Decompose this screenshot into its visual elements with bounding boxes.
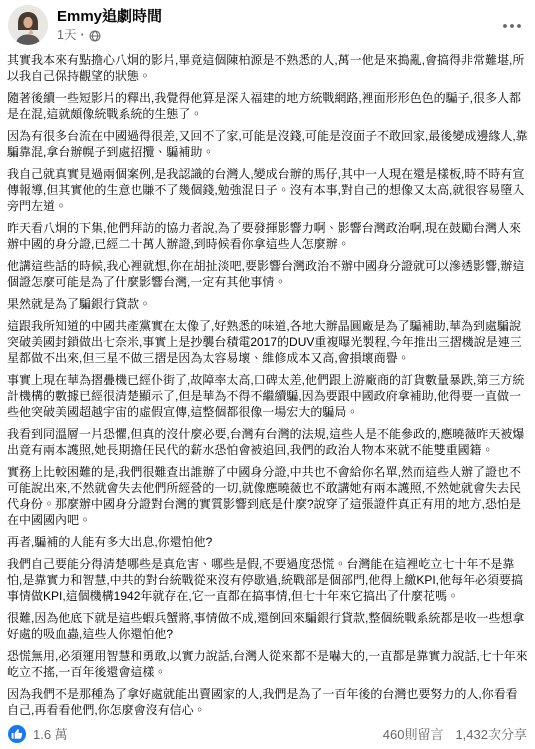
post-paragraph: 我們自己要能分得清楚哪些是真危害、哪些是假,不要過度恐慌。台灣能在這裡屹立七十年…: [7, 556, 528, 604]
post-paragraph: 因為有很多台流在中國過得很差,又回不了家,可能是沒錢,可能是沒面子不敢回家,最後…: [7, 128, 528, 160]
post-paragraph: 果然就是為了騙銀行貸款。: [7, 296, 528, 312]
avatar[interactable]: [8, 5, 48, 45]
timestamp[interactable]: 1天: [57, 28, 76, 43]
header-text: Emmy追劇時間 1天 ·: [57, 5, 497, 43]
post-paragraph: 這跟我所知道的中國共產黨實在太像了,好熟悉的味道,各地大辦晶圓廠是為了騙補助,華…: [7, 318, 528, 366]
post-paragraph: 實務上比較困難的是,我們很難查出誰辦了中國身分證,中共也不會給你名單,然而這些人…: [7, 464, 528, 528]
globe-icon: [89, 30, 101, 42]
profile-photo-icon: [8, 5, 48, 45]
page-name[interactable]: Emmy追劇時間: [57, 7, 497, 26]
shares-count[interactable]: 1,432次分享: [455, 724, 527, 743]
post-paragraph: 恐慌無用,必須運用智慧和勇敢,以實力說話,台灣人從來都不是嚇大的,一直都是靠實力…: [7, 648, 528, 680]
post-paragraph: 很難,因為他底下就是這些蝦兵蟹將,事情做不成,還倒回來騙銀行貸款,整個統戰系統都…: [7, 610, 528, 642]
right-counts: 460則留言 1,432次分享: [383, 724, 527, 743]
ellipsis-icon: [502, 23, 522, 29]
post-paragraph: 昨天看八炯的下集,他們拜訪的協力者說,為了要發揮影響力啊、影響台灣政治啊,現在鼓…: [7, 220, 528, 252]
post-paragraph: 隨著後續一些短影片的釋出,我覺得他算是深入福建的地方統戰網路,裡面形形色色的騙子…: [7, 90, 528, 122]
post-meta: 1天 ·: [57, 28, 497, 43]
post-paragraph: 事實上現在華為摺疊機已經仆街了,故障率太高,口碑太差,他們跟上游廠商的訂貨數量暴…: [7, 372, 528, 420]
post-paragraph: 他講這些話的時候,我心裡就想,你在胡扯淡吧,要影響台灣政治不辦中國身分證就可以滲…: [7, 258, 528, 290]
post-header: Emmy追劇時間 1天 ·: [0, 0, 535, 45]
engagement-bar: 1.6 萬 460則留言 1,432次分享: [0, 719, 535, 749]
post-paragraph: 我看到同溫層一片恐懼,但真的沒什麼必要,台灣有台灣的法規,這些人是不能參政的,應…: [7, 426, 528, 458]
post-paragraph: 再者,騙補的人能有多大出息,你還怕他?: [7, 534, 528, 550]
comments-count[interactable]: 460則留言: [383, 724, 444, 743]
post-paragraph: 我自己就真實見過兩個案例,是我認識的台灣人,變成台辦的馬仔,其中一人現在還是樣板…: [7, 166, 528, 214]
post-paragraph: 其實我本來有點擔心八炯的影片,畢竟這個陳柏源是不熟悉的人,萬一他是來搗亂,會搞得…: [7, 52, 528, 84]
more-options-button[interactable]: [497, 13, 527, 39]
facebook-post: { "header": { "page_name": "Emmy追劇時間", "…: [0, 0, 535, 749]
thumbs-up-icon[interactable]: [8, 725, 26, 743]
post-body: 其實我本來有點擔心八炯的影片,畢竟這個陳柏源是不熟悉的人,萬一他是來搗亂,會搞得…: [0, 45, 535, 718]
meta-separator: ·: [80, 28, 84, 43]
reaction-count[interactable]: 1.6 萬: [33, 724, 68, 743]
post-paragraph: 因為我們不是那種為了拿好處就能出賣國家的人,我們是為了一百年後的台灣也要努力的人…: [7, 686, 528, 718]
